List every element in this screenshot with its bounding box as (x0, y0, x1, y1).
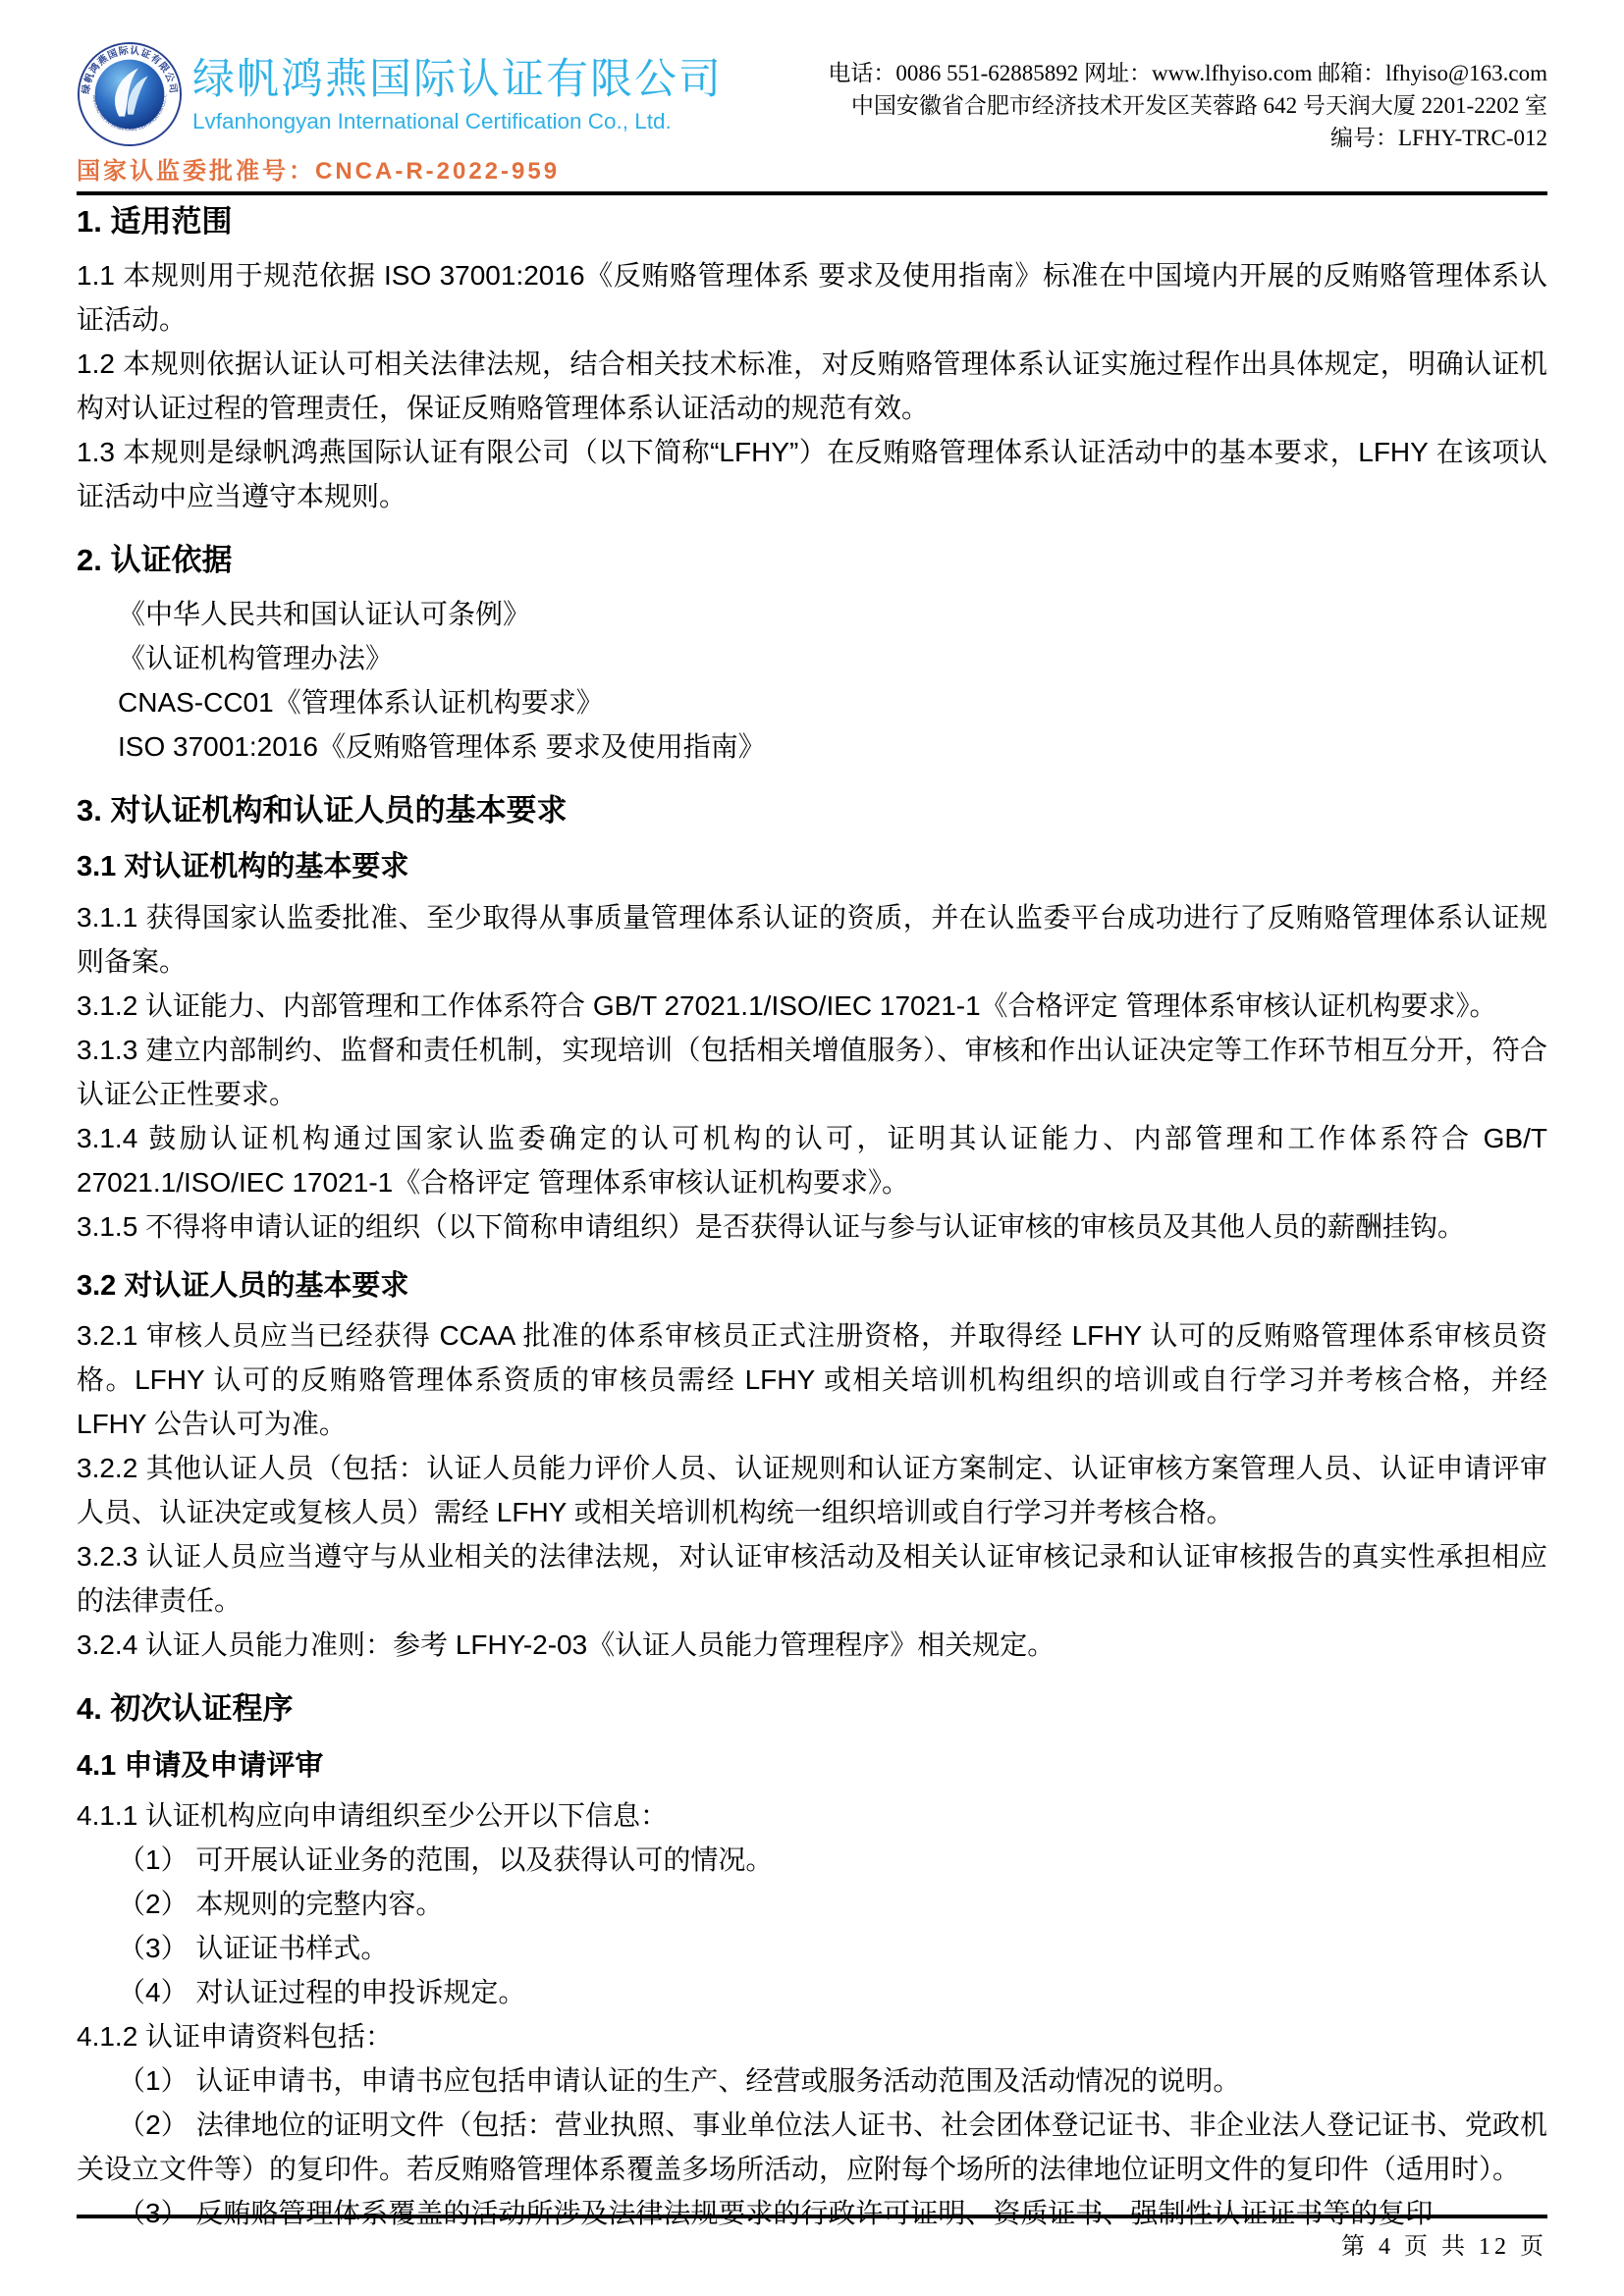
reference-item: ISO 37001:2016《反贿赂管理体系 要求及使用指南》 (77, 724, 1547, 769)
document-footer: 第 4 页 共 12 页 (77, 2215, 1547, 2261)
paragraph: 3.1.1 获得国家认监委批准、至少取得从事质量管理体系认证的资质，并在认监委平… (77, 895, 1547, 984)
paragraph: 4.1.1 认证机构应向申请组织至少公开以下信息： (77, 1793, 1547, 1838)
list-item: （2） 本规则的完整内容。 (77, 1882, 1547, 1926)
footer-divider (77, 2215, 1547, 2218)
paragraph: 3.1.5 不得将申请认证的组织（以下简称申请组织）是否获得认证与参与认证审核的… (77, 1204, 1547, 1249)
list-item: （2） 法律地位的证明文件（包括：营业执照、事业单位法人证书、社会团体登记证书、… (77, 2103, 1547, 2191)
list-item: （1） 可开展认证业务的范围，以及获得认可的情况。 (77, 1838, 1547, 1882)
section-heading: 3. 对认证机构和认证人员的基本要求 (77, 792, 1547, 830)
subsection-heading: 3.1 对认证机构的基本要求 (77, 849, 1547, 884)
section-heading: 4. 初次认证程序 (77, 1690, 1547, 1729)
page-number: 第 4 页 共 12 页 (77, 2226, 1547, 2261)
header-divider (77, 191, 1547, 195)
header-contact-block: 电话：0086 551-62885892 网址：www.lfhyiso.com … (828, 57, 1547, 154)
list-item: （1） 认证申请书，申请书应包括申请认证的生产、经营或服务活动范围及活动情况的说… (77, 2058, 1547, 2103)
company-logo-icon: 绿帆鸿燕国际认证有限公司 LVFANHONGYAN INTERNATIONAL … (77, 41, 183, 147)
document-page: 绿帆鸿燕国际认证有限公司 LVFANHONGYAN INTERNATIONAL … (0, 0, 1624, 2296)
section-heading: 2. 认证依据 (77, 542, 1547, 580)
header-left: 绿帆鸿燕国际认证有限公司 LVFANHONGYAN INTERNATIONAL … (77, 41, 723, 186)
approval-number: 国家认监委批准号：CNCA-R-2022-959 (77, 151, 723, 186)
paragraph: 3.2.2 其他认证人员（包括：认证人员能力评价人员、认证规则和认证方案制定、认… (77, 1446, 1547, 1534)
paragraph: 1.3 本规则是绿帆鸿燕国际认证有限公司（以下简称“LFHY”）在反贿赂管理体系… (77, 430, 1547, 518)
subsection-heading: 3.2 对认证人员的基本要求 (77, 1268, 1547, 1304)
section-heading: 1. 适用范围 (77, 203, 1547, 241)
list-item: （4） 对认证过程的申投诉规定。 (77, 1970, 1547, 2014)
paragraph: 3.2.1 审核人员应当已经获得 CCAA 批准的体系审核员正式注册资格，并取得… (77, 1313, 1547, 1446)
paragraph: 3.2.4 认证人员能力准则：参考 LFHY-2-03《认证人员能力管理程序》相… (77, 1623, 1547, 1667)
reference-item: 《中华人民共和国认证认可条例》 (77, 592, 1547, 636)
company-name-en: Lvfanhongyan International Certification… (192, 108, 723, 134)
document-header: 绿帆鸿燕国际认证有限公司 LVFANHONGYAN INTERNATIONAL … (77, 0, 1547, 186)
paragraph: 3.2.3 认证人员应当遵守与从业相关的法律法规，对认证审核活动及相关认证审核记… (77, 1534, 1547, 1623)
paragraph: 3.1.2 认证能力、内部管理和工作体系符合 GB/T 27021.1/ISO/… (77, 984, 1547, 1028)
paragraph: 3.1.3 建立内部制约、监督和责任机制，实现培训（包括相关增值服务）、审核和作… (77, 1028, 1547, 1116)
reference-item: CNAS-CC01《管理体系认证机构要求》 (77, 680, 1547, 724)
contact-phone-web-email: 电话：0086 551-62885892 网址：www.lfhyiso.com … (828, 57, 1547, 89)
paragraph: 1.2 本规则依据认证认可相关法律法规，结合相关技术标准，对反贿赂管理体系认证实… (77, 342, 1547, 430)
subsection-heading: 4.1 申请及申请评审 (77, 1748, 1547, 1784)
company-name-cn: 绿帆鸿燕国际认证有限公司 (192, 54, 723, 107)
document-number: 编号：LFHY-TRC-012 (828, 122, 1547, 154)
document-body: 1. 适用范围1.1 本规则用于规范依据 ISO 37001:2016《反贿赂管… (77, 203, 1547, 2235)
paragraph: 1.1 本规则用于规范依据 ISO 37001:2016《反贿赂管理体系 要求及… (77, 253, 1547, 342)
list-item: （3） 认证证书样式。 (77, 1926, 1547, 1970)
reference-item: 《认证机构管理办法》 (77, 636, 1547, 680)
contact-address: 中国安徽省合肥市经济技术开发区芙蓉路 642 号天润大厦 2201-2202 室 (828, 89, 1547, 122)
paragraph: 3.1.4 鼓励认证机构通过国家认监委确定的认可机构的认可，证明其认证能力、内部… (77, 1116, 1547, 1204)
paragraph: 4.1.2 认证申请资料包括： (77, 2014, 1547, 2058)
